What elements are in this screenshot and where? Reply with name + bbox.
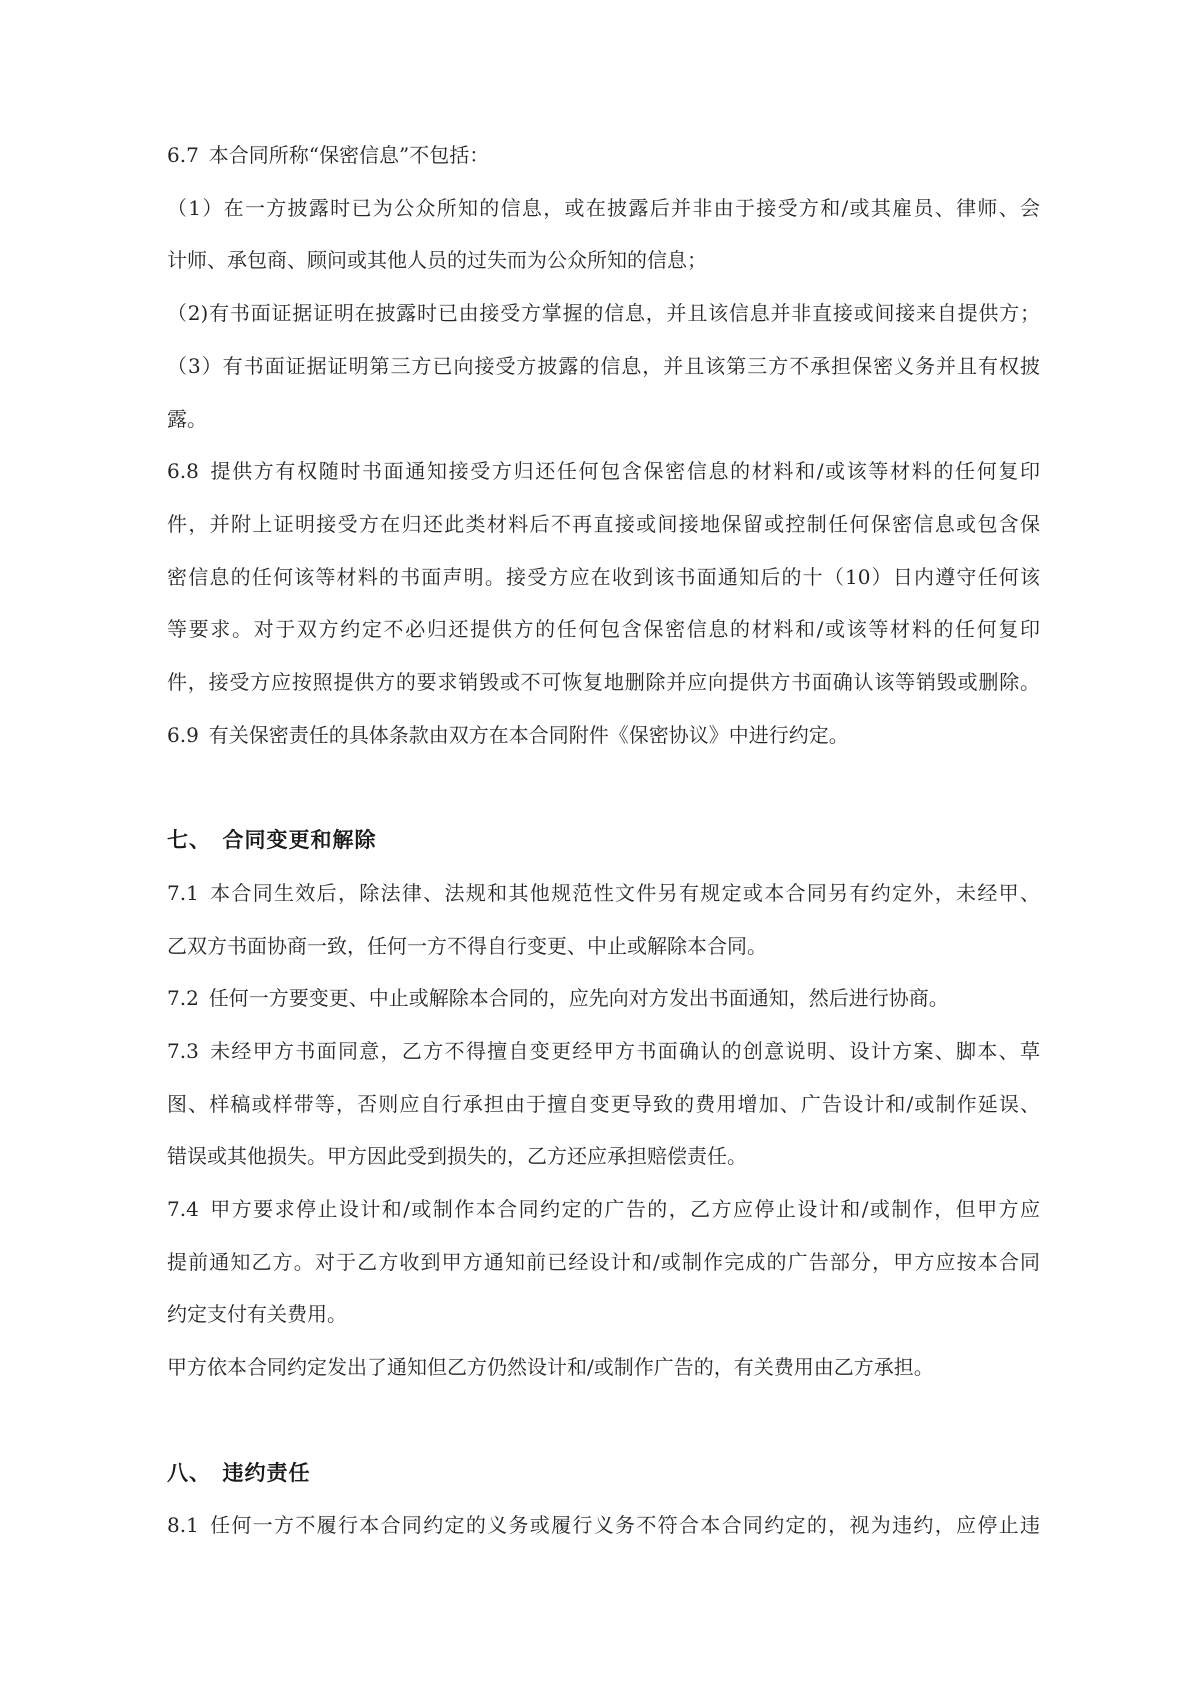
contract-text-line: （3）有书面证据证明第三方已向接受方披露的信息，并且该第三方不承担保密义务并且有… — [167, 340, 1040, 393]
contract-text-line: 6.7 本合同所称“保密信息”不包括： — [167, 129, 1040, 182]
blank-line — [167, 1394, 1040, 1447]
blank-line — [167, 761, 1040, 814]
contract-text-line: （1）在一方披露时已为公众所知的信息，或在披露后并非由于接受方和/或其雇员、律师… — [167, 182, 1040, 235]
contract-text-line: 计师、承包商、顾问或其他人员的过失而为公众所知的信息； — [167, 234, 1040, 287]
contract-text-line: 件，并附上证明接受方在归还此类材料后不再直接或间接地保留或控制任何保密信息或包含… — [167, 498, 1040, 551]
document-body: 6.7 本合同所称“保密信息”不包括：（1）在一方披露时已为公众所知的信息，或在… — [167, 129, 1040, 1552]
contract-text-line: 约定支付有关费用。 — [167, 1288, 1040, 1341]
contract-text-line: 7.1 本合同生效后，除法律、法规和其他规范性文件另有规定或本合同另有约定外，未… — [167, 867, 1040, 920]
contract-text-line: 7.4 甲方要求停止设计和/或制作本合同约定的广告的，乙方应停止设计和/或制作，… — [167, 1183, 1040, 1236]
contract-text-line: 密信息的任何该等材料的书面声明。接受方应在收到该书面通知后的十（10）日内遵守任… — [167, 551, 1040, 604]
contract-text-line: 8.1 任何一方不履行本合同约定的义务或履行义务不符合本合同约定的，视为违约，应… — [167, 1499, 1040, 1552]
section-heading: 八、 违约责任 — [167, 1447, 1040, 1500]
contract-text-line: 错误或其他损失。甲方因此受到损失的，乙方还应承担赔偿责任。 — [167, 1130, 1040, 1183]
contract-text-line: 6.8 提供方有权随时书面通知接受方归还任何包含保密信息的材料和/或该等材料的任… — [167, 445, 1040, 498]
contract-text-line: 件，接受方应按照提供方的要求销毁或不可恢复地删除并应向提供方书面确认该等销毁或删… — [167, 656, 1040, 709]
contract-document-page: 6.7 本合同所称“保密信息”不包括：（1）在一方披露时已为公众所知的信息，或在… — [167, 129, 1040, 1552]
section-heading: 七、 合同变更和解除 — [167, 814, 1040, 867]
contract-text-line: 7.2 任何一方要变更、中止或解除本合同的，应先向对方发出书面通知，然后进行协商… — [167, 972, 1040, 1025]
contract-text-line: 乙双方书面协商一致，任何一方不得自行变更、中止或解除本合同。 — [167, 920, 1040, 973]
contract-text-line: （2)有书面证据证明在披露时已由接受方掌握的信息，并且该信息并非直接或间接来自提… — [167, 287, 1040, 340]
contract-text-line: 提前通知乙方。对于乙方收到甲方通知前已经设计和/或制作完成的广告部分，甲方应按本… — [167, 1236, 1040, 1289]
contract-text-line: 露。 — [167, 393, 1040, 446]
contract-text-line: 甲方依本合同约定发出了通知但乙方仍然设计和/或制作广告的，有关费用由乙方承担。 — [167, 1341, 1040, 1394]
contract-text-line: 等要求。对于双方约定不必归还提供方的任何包含保密信息的材料和/或该等材料的任何复… — [167, 603, 1040, 656]
contract-text-line: 6.9 有关保密责任的具体条款由双方在本合同附件《保密协议》中进行约定。 — [167, 709, 1040, 762]
contract-text-line: 图、样稿或样带等，否则应自行承担由于擅自变更导致的费用增加、广告设计和/或制作延… — [167, 1078, 1040, 1131]
contract-text-line: 7.3 未经甲方书面同意，乙方不得擅自变更经甲方书面确认的创意说明、设计方案、脚… — [167, 1025, 1040, 1078]
